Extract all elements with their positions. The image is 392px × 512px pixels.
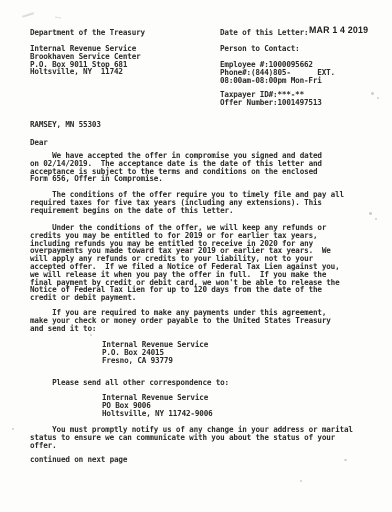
correspondence-label: Please send all other correspondence to: [30, 379, 229, 387]
scan-artifact [375, 218, 377, 220]
date-label: Date of this Letter: [220, 29, 308, 37]
scan-artifact [377, 97, 379, 99]
letter-date-row: Date of this Letter: MAR 1 4 2019 [220, 29, 373, 37]
scan-artifact [55, 16, 61, 18]
scan-artifact [344, 459, 347, 461]
scan-artifact [22, 12, 34, 17]
sender-agency: Department of the Treasury [30, 29, 145, 37]
salutation: Dear [30, 139, 48, 147]
paragraph-payments: If you are required to make any payments… [30, 309, 331, 332]
paragraph-conditions: The conditions of the offer require you … [30, 191, 344, 214]
scan-artifact [300, 480, 302, 482]
correspondence-address: Internal Revenue Service PO Box 9006 Hol… [102, 394, 213, 417]
continued-note: continued on next page [30, 456, 127, 464]
scan-artifact [369, 212, 372, 215]
recipient-address: RAMSEY, MN 55303 [30, 121, 101, 129]
paragraph-acceptance: We have accepted the offer in compromise… [30, 152, 322, 183]
person-to-contact-label: Person to Contact: [220, 45, 300, 53]
scanned-letter-page: Department of the Treasury Internal Reve… [0, 0, 392, 512]
date-stamp: MAR 1 4 2019 [309, 27, 368, 35]
taxpayer-id-details: Taxpayer ID#:***-** Offer Number:1001497… [220, 91, 322, 107]
contact-details: Employee #:1000095662 Phone#:(844)805- E… [220, 61, 335, 84]
scan-artifact [12, 428, 14, 430]
sender-address: Internal Revenue Service Brookhaven Serv… [30, 45, 141, 76]
paragraph-notify-changes: You must promptly notify us of any chang… [30, 426, 353, 449]
payment-address: Internal Revenue Service P.O. Box 24015 … [102, 341, 208, 364]
scan-artifact [90, 334, 92, 336]
scan-artifact [371, 92, 374, 95]
paragraph-refunds-lien: Under the conditions of the offer, we wi… [30, 224, 340, 302]
